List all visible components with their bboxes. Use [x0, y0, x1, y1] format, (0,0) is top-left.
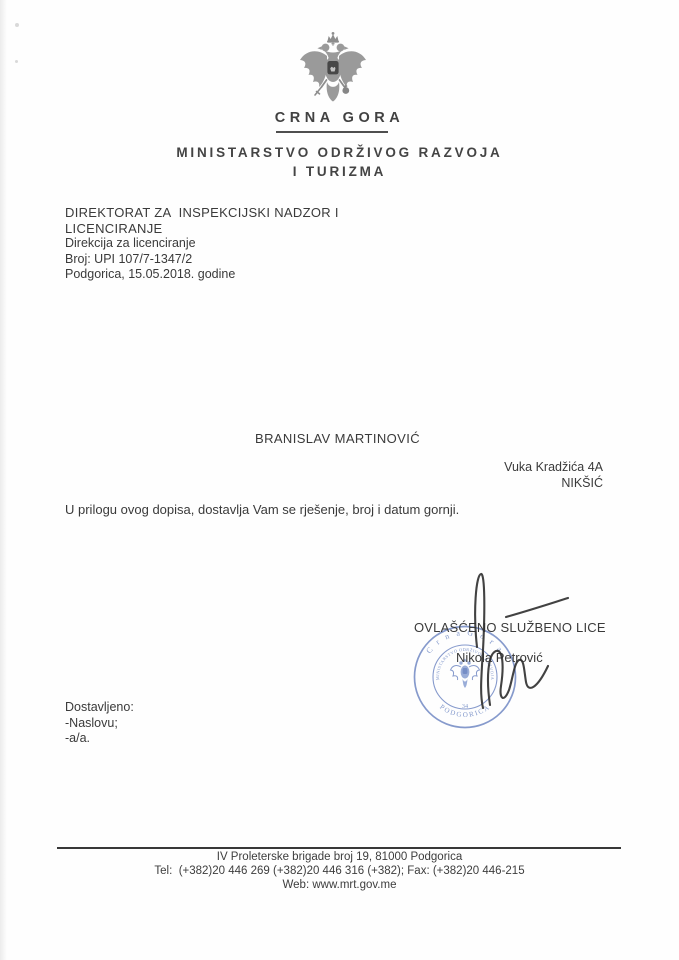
- country-title: CRNA GORA: [0, 110, 679, 126]
- footer-divider: [57, 847, 621, 849]
- recipient-street: Vuka Kradžića 4A: [504, 460, 603, 476]
- place-date: Podgorica, 15.05.2018. godine: [65, 267, 339, 283]
- footer-phone: Tel: (+382)20 446 269 (+382)20 446 316 (…: [0, 865, 679, 879]
- directorate-line1: DIREKTORAT ZA INSPEKCIJSKI NADZOR I: [65, 205, 339, 221]
- scan-artifact-dot: [15, 60, 18, 63]
- distribution-item: -Naslovu;: [65, 716, 134, 732]
- footer-web: Web: www.mrt.gov.me: [0, 879, 679, 893]
- ministry-line2: I TURIZMA: [0, 162, 679, 181]
- letterhead-block: DIREKTORAT ZA INSPEKCIJSKI NADZOR I LICE…: [65, 205, 339, 283]
- montenegro-coat-of-arms-icon: [296, 31, 370, 107]
- header-divider: [276, 131, 388, 133]
- body-text: U prilogu ovog dopisa, dostavlja Vam se …: [65, 502, 459, 517]
- ministry-line1: MINISTARSTVO ODRŽIVOG RAZVOJA: [0, 143, 679, 162]
- scan-artifact-dot: [15, 23, 19, 27]
- distribution-item: -a/a.: [65, 731, 134, 747]
- reference-number: Broj: UPI 107/7-1347/2: [65, 252, 339, 268]
- recipient-address: Vuka Kradžića 4A NIKŠIĆ: [504, 460, 603, 491]
- distribution-block: Dostavljeno: -Naslovu; -a/a.: [65, 700, 134, 747]
- distribution-label: Dostavljeno:: [65, 700, 134, 716]
- footer-address: IV Proleterske brigade broj 19, 81000 Po…: [0, 851, 679, 865]
- directorate-line2: LICENCIRANJE: [65, 221, 339, 237]
- handwritten-signature: [430, 560, 590, 725]
- ministry-title: MINISTARSTVO ODRŽIVOG RAZVOJA I TURIZMA: [0, 143, 679, 181]
- recipient-city: NIKŠIĆ: [504, 476, 603, 492]
- department-line: Direkcija za licenciranje: [65, 236, 339, 252]
- scanned-letter-page: CRNA GORA MINISTARSTVO ODRŽIVOG RAZVOJA …: [0, 0, 679, 960]
- footer-block: IV Proleterske brigade broj 19, 81000 Po…: [0, 851, 679, 892]
- recipient-name: BRANISLAV MARTINOVIĆ: [255, 431, 420, 446]
